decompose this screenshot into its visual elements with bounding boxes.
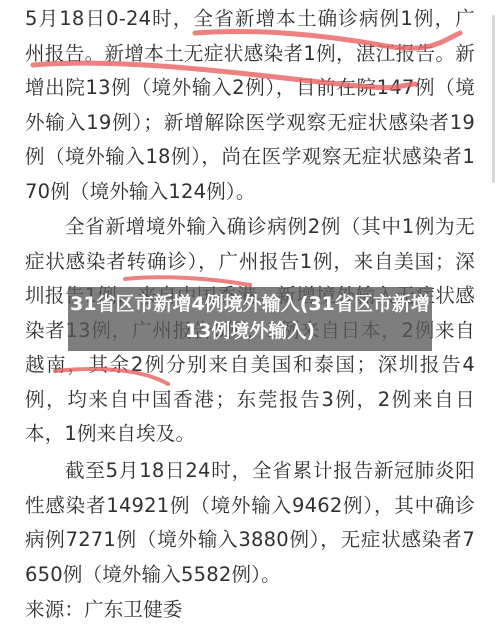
overlay-title: 31省区市新增4例境外输入(31省区市新增13例境外输入) <box>68 291 432 345</box>
caption-overlay: 31省区市新增4例境外输入(31省区市新增13例境外输入) <box>68 287 432 351</box>
scrollbar[interactable] <box>492 15 495 183</box>
paragraph-daily-local: 5月18日0-24时，全省新增本土确诊病例1例，广州报告。新增本土无症状感染者1… <box>25 2 475 209</box>
paragraph-cumulative: 截至5月18日24时，全省累计报告新冠肺炎阳性感染者14921例（境外输入946… <box>25 454 475 592</box>
source-credit: 来源：广东卫健委 <box>25 593 475 628</box>
